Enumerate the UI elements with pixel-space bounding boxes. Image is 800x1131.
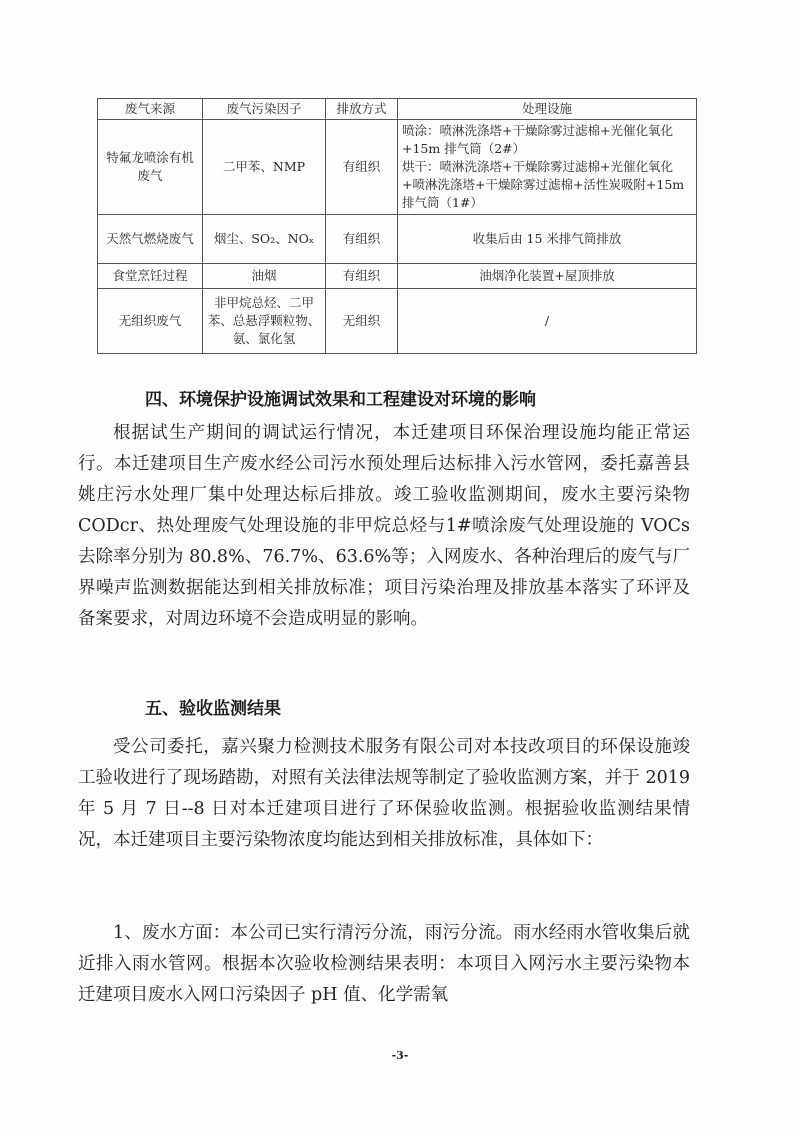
- header-facility: 处理设施: [398, 99, 697, 120]
- cell-source: 食堂烹饪过程: [98, 264, 203, 289]
- cell-facility: 收集后由 15 米排气筒排放: [398, 215, 697, 264]
- cell-facility: 油烟净化装置+屋顶排放: [398, 264, 697, 289]
- cell-pollutants: 二甲苯、NMP: [203, 120, 326, 215]
- table-header-row: 废气来源 废气污染因子 排放方式 处理设施: [98, 99, 697, 120]
- cell-discharge: 有组织: [326, 215, 398, 264]
- cell-pollutants: 非甲烷总烃、二甲苯、总悬浮颗粒物、氨、氯化氢: [203, 289, 326, 354]
- section-5-heading: 五、验收监测结果: [145, 694, 281, 719]
- section-5-paragraph-1: 受公司委托，嘉兴聚力检测技术服务有限公司对本技改项目的环保设施竣工验收进行了现场…: [78, 732, 690, 856]
- exhaust-gas-table: 废气来源 废气污染因子 排放方式 处理设施 特氟龙喷涂有机废气 二甲苯、NMP …: [97, 98, 697, 354]
- cell-facility: /: [398, 289, 697, 354]
- facility-line-spraying: 喷涂：喷淋洗涤塔+干燥除雾过滤棉+光催化氧化+15m 排气筒（2#）: [402, 122, 692, 158]
- cell-pollutants: 油烟: [203, 264, 326, 289]
- header-source: 废气来源: [98, 99, 203, 120]
- page-number: -3-: [0, 1049, 800, 1062]
- table-row: 天然气燃烧废气 烟尘、SO₂、NOₓ 有组织 收集后由 15 米排气筒排放: [98, 215, 697, 264]
- header-discharge: 排放方式: [326, 99, 398, 120]
- facility-line-drying: 烘干：喷淋洗涤塔+干燥除雾过滤棉+光催化氧化+喷淋洗涤塔+干燥除雾过滤棉+活性炭…: [402, 158, 692, 212]
- cell-discharge: 有组织: [326, 120, 398, 215]
- cell-pollutants: 烟尘、SO₂、NOₓ: [203, 215, 326, 264]
- section-4-paragraph: 根据试生产期间的调试运行情况，本迁建项目环保治理设施均能正常运行。本迁建项目生产…: [78, 418, 690, 635]
- cell-facility: 喷涂：喷淋洗涤塔+干燥除雾过滤棉+光催化氧化+15m 排气筒（2#） 烘干：喷淋…: [398, 120, 697, 215]
- cell-source: 无组织废气: [98, 289, 203, 354]
- cell-discharge: 有组织: [326, 264, 398, 289]
- cell-source: 特氟龙喷涂有机废气: [98, 120, 203, 215]
- table-row: 食堂烹饪过程 油烟 有组织 油烟净化装置+屋顶排放: [98, 264, 697, 289]
- table-row: 无组织废气 非甲烷总烃、二甲苯、总悬浮颗粒物、氨、氯化氢 无组织 /: [98, 289, 697, 354]
- cell-discharge: 无组织: [326, 289, 398, 354]
- section-4-heading: 四、环境保护设施调试效果和工程建设对环境的影响: [145, 385, 536, 410]
- document-page: 废气来源 废气污染因子 排放方式 处理设施 特氟龙喷涂有机废气 二甲苯、NMP …: [0, 0, 800, 1131]
- cell-source: 天然气燃烧废气: [98, 215, 203, 264]
- section-5-paragraph-2: 1、废水方面：本公司已实行清污分流，雨污分流。雨水经雨水管收集后就近排入雨水管网…: [78, 918, 690, 1011]
- header-pollutants: 废气污染因子: [203, 99, 326, 120]
- table-row: 特氟龙喷涂有机废气 二甲苯、NMP 有组织 喷涂：喷淋洗涤塔+干燥除雾过滤棉+光…: [98, 120, 697, 215]
